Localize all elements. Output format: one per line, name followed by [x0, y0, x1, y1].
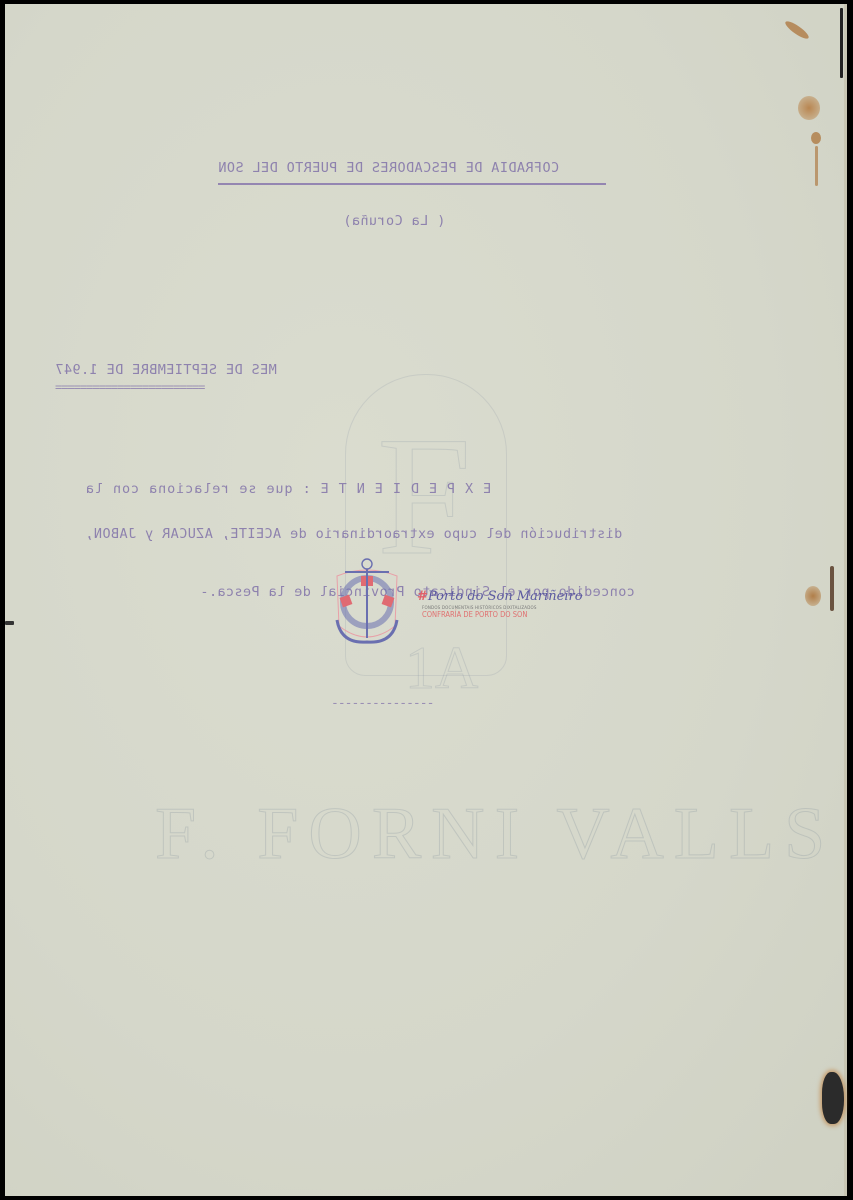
watermark-mark: 1A	[405, 634, 478, 703]
watermark-maker-name: F. FORNI VALLS	[155, 792, 835, 877]
expediente-line-1: E X P E D I E N T E : que se relaciona c…	[85, 481, 491, 497]
edge-mark	[5, 621, 14, 625]
header-organization: COFRADIA DE PESCADORES DE PUERTO DEL SON	[218, 160, 559, 176]
header-location: ( La Coruña)	[343, 213, 445, 229]
period-title: MES DE SEPTIEMBRE DE 1.947	[55, 362, 277, 378]
header-underline	[218, 183, 606, 185]
expediente-line-2: distribución del cupo extraordinario de …	[85, 526, 622, 542]
stain	[805, 586, 821, 606]
logo-title: #Porto do Son Mariñeiro	[417, 589, 583, 604]
document-page: F 1A F. FORNI VALLS COFRADIA DE PESCADOR…	[5, 4, 847, 1196]
confraria-logo	[331, 556, 403, 657]
logo-organization: CONFRARÍA DE PORTO DO SON	[422, 610, 527, 619]
stain	[811, 132, 821, 144]
stain	[783, 19, 811, 42]
edge-binding	[840, 8, 843, 78]
stain	[830, 566, 834, 611]
closing-separator: ---------------	[331, 696, 433, 711]
burn-hole	[822, 1072, 844, 1124]
period-underline: ========================	[55, 380, 204, 394]
anchor-lifebuoy-icon	[331, 556, 403, 652]
stain	[798, 96, 820, 120]
stain	[815, 146, 818, 186]
page-edge	[844, 4, 847, 1196]
